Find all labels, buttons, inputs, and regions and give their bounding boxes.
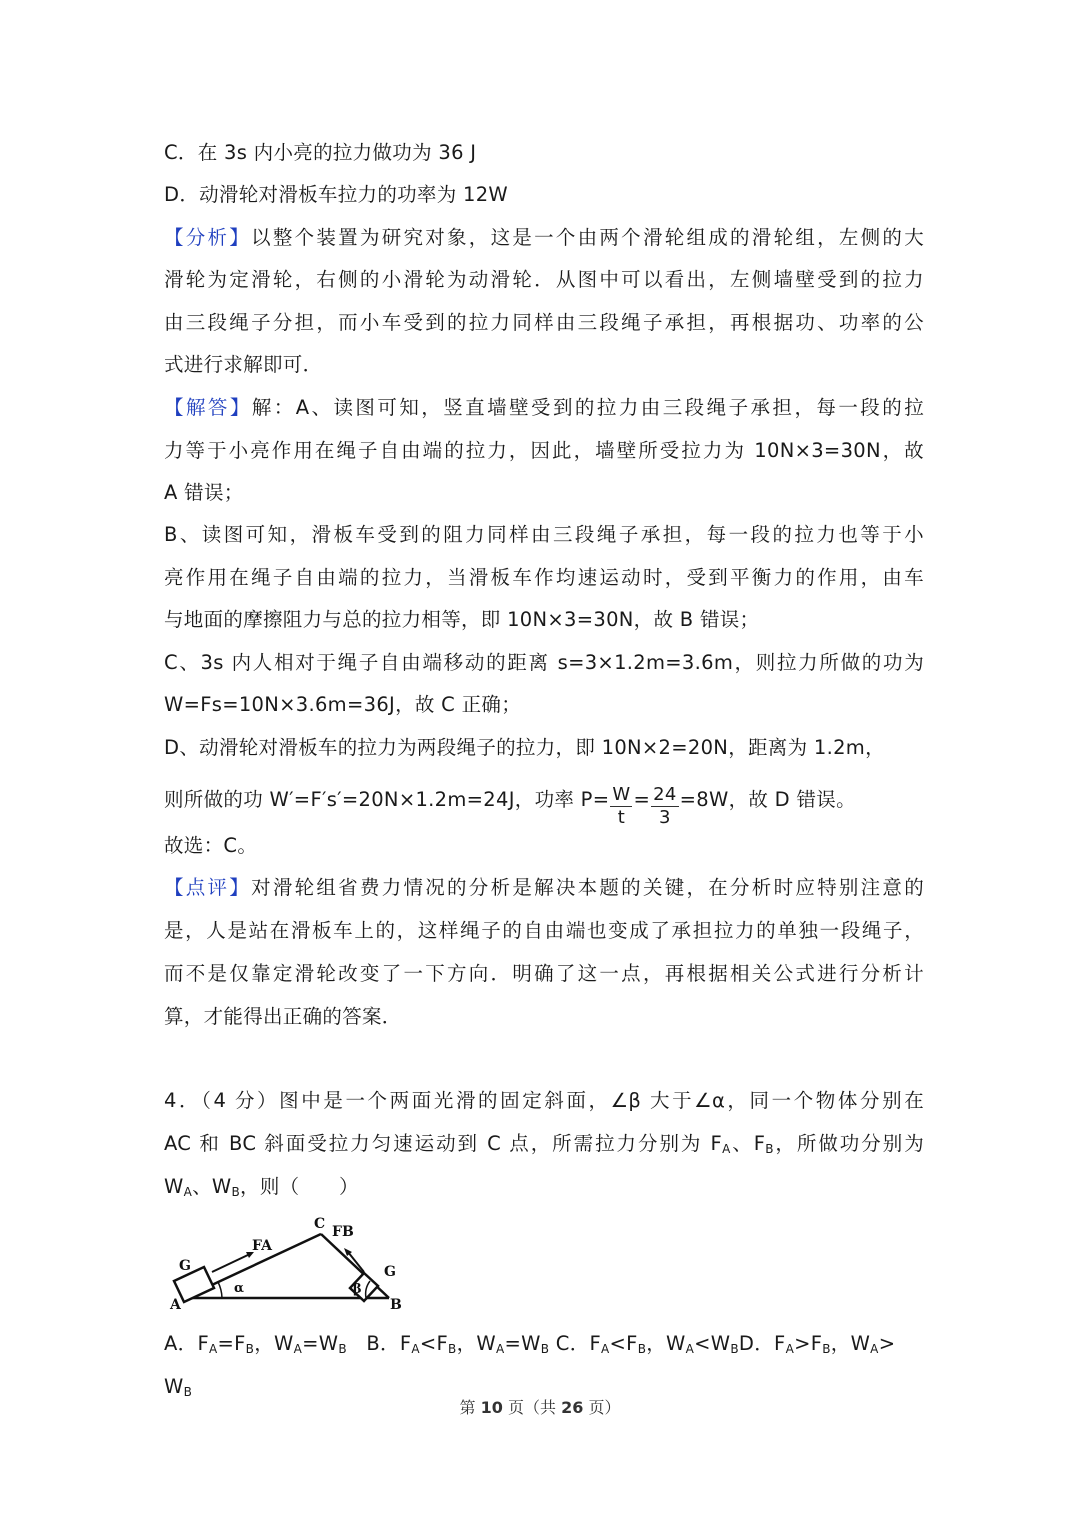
label-c: C	[314, 1216, 325, 1232]
answer-line-8: W=Fs=10N×3.6m=36J，故 C 正确；	[164, 691, 924, 719]
inclined-plane-diagram: A B C α β G G FA FB	[164, 1208, 414, 1313]
analysis-text: 以整个装置为研究对象，这是一个由两个滑轮组成的滑轮组，左侧的大	[251, 226, 924, 249]
option-a[interactable]: A．FA=FB，WA=WB	[164, 1332, 347, 1355]
analysis-line-2: 滑轮为定滑轮，右侧的小滑轮为动滑轮．从图中可以看出，左侧墙壁受到的拉力	[164, 266, 924, 294]
page-footer: 第 10 页（共 26 页）	[0, 1395, 1080, 1418]
document-page: C．在 3s 内小亮的拉力做功为 36 J D．动滑轮对滑板车拉力的功率为 12…	[0, 0, 1080, 1528]
question4-options-line: A．FA=FB，WA=WB B．FA<FB，WA=WB C．FA<FB，WA<W…	[164, 1330, 944, 1358]
label-g-right: G	[384, 1264, 396, 1280]
question4-line-2: AC 和 BC 斜面受拉力匀速运动到 C 点，所需拉力分别为 FA、FB，所做功…	[164, 1130, 924, 1158]
review-text: 对滑轮组省费力情况的分析是解决本题的关键，在分析时应特别注意的	[251, 876, 924, 899]
analysis-tag: 【分析】	[164, 226, 251, 249]
label-beta: β	[353, 1282, 362, 1297]
answer-line-7: C、3s 内人相对于绳子自由端移动的距离 s=3×1.2m=3.6m，则拉力所做…	[164, 649, 924, 677]
analysis-line-1: 【分析】以整个装置为研究对象，这是一个由两个滑轮组成的滑轮组，左侧的大	[164, 224, 924, 252]
current-page: 10	[481, 1398, 503, 1417]
option-c[interactable]: C．FA<FB，WA<WB	[556, 1332, 739, 1355]
label-fa: FA	[252, 1238, 273, 1254]
fraction-24-over-3: 243	[651, 784, 679, 829]
analysis-line-3: 由三段绳子分担，而小车受到的拉力同样由三段绳子承担，再根据功、功率的公	[164, 309, 924, 337]
option-b[interactable]: B．FA<FB，WA=WB	[366, 1332, 549, 1355]
answer-conclusion: 故选：C。	[164, 832, 924, 860]
label-alpha: α	[234, 1281, 244, 1296]
option-d[interactable]: D．FA>FB，WA>	[739, 1332, 895, 1355]
review-line-1: 【点评】对滑轮组省费力情况的分析是解决本题的关键，在分析时应特别注意的	[164, 874, 924, 902]
review-line-3: 而不是仅靠定滑轮改变了一下方向．明确了这一点，再根据相关公式进行分析计	[164, 960, 924, 988]
analysis-line-4: 式进行求解即可．	[164, 351, 924, 379]
review-line-4: 算，才能得出正确的答案．	[164, 1003, 924, 1031]
total-pages: 26	[561, 1398, 583, 1417]
option-c-prev: C．在 3s 内小亮的拉力做功为 36 J	[164, 139, 924, 167]
label-fb: FB	[332, 1224, 354, 1240]
label-b: B	[390, 1297, 402, 1313]
answer-text: 解：A、读图可知，竖直墙壁受到的拉力由三段绳子承担，每一段的拉	[252, 396, 924, 419]
answer-tag: 【解答】	[164, 396, 252, 419]
label-a: A	[169, 1297, 182, 1313]
review-line-2: 是，人是站在滑板车上的，这样绳子的自由端也变成了承担拉力的单独一段绳子，	[164, 917, 924, 945]
power-suffix: =8W，故 D 错误。	[680, 788, 856, 811]
answer-line-1: 【解答】解：A、读图可知，竖直墙壁受到的拉力由三段绳子承担，每一段的拉	[164, 394, 924, 422]
answer-power-line: 则所做的功 W′=F′s′=20N×1.2m=24J，功率 P=Wt=243=8…	[164, 778, 924, 823]
answer-line-5: 亮作用在绳子自由端的拉力，当滑板车作均速运动时，受到平衡力的作用，由车	[164, 564, 924, 592]
answer-line-2: 力等于小亮作用在绳子自由端的拉力，因此，墙壁所受拉力为 10N×3=30N，故	[164, 437, 924, 465]
answer-line-9: D、动滑轮对滑板车的拉力为两段绳子的拉力，即 10N×2=20N，距离为 1.2…	[164, 734, 924, 762]
answer-line-3: A 错误；	[164, 479, 924, 507]
question4-line-3: WA、WB，则（ ）	[164, 1173, 924, 1201]
review-tag: 【点评】	[164, 876, 251, 899]
label-g-left: G	[179, 1258, 191, 1274]
question4-line-1: 4．（4 分）图中是一个两面光滑的固定斜面，∠β 大于∠α，同一个物体分别在	[164, 1087, 924, 1115]
fraction-w-over-t: Wt	[610, 784, 632, 829]
angle-alpha-arc	[218, 1282, 222, 1298]
option-d-prev: D．动滑轮对滑板车拉力的功率为 12W	[164, 181, 924, 209]
answer-line-4: B、读图可知，滑板车受到的阻力同样由三段绳子承担，每一段的拉力也等于小	[164, 521, 924, 549]
answer-line-6: 与地面的摩擦阻力与总的拉力相等，即 10N×3=30N，故 B 错误；	[164, 606, 924, 634]
power-prefix: 则所做的功 W′=F′s′=20N×1.2m=24J，功率 P=	[164, 788, 609, 811]
